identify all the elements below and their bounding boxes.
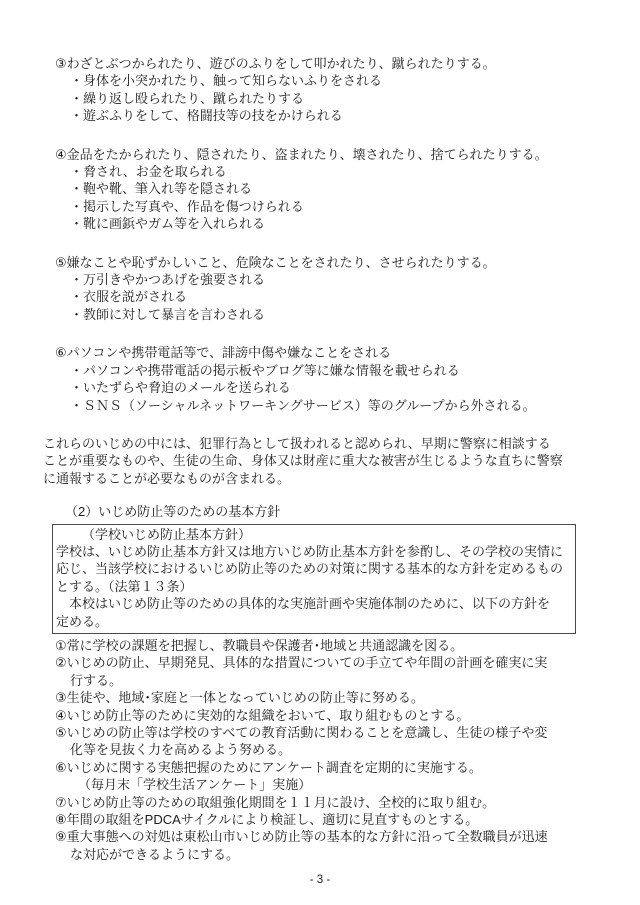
type-heading: ④金品をたかられたり、隠されたり、盗まれたり、壊されたり、捨てられたりする。 [55, 146, 640, 163]
policy-line: ⑨重大事態への対処は東松山市いじめ防止等の基本的な方針に沿って全数職員が迅速 [55, 828, 640, 845]
policy-line: ③生徒や、地域･家庭と一体となっていじめの防止等に努める。 [55, 689, 640, 706]
policy-line-continuation: 化等を見抜く力を高めるよう努める。 [70, 741, 640, 758]
bully-type-section: ④金品をたかられたり、隠されたり、盗まれたり、壊されたり、捨てられたりする。 ・… [0, 146, 640, 233]
bully-type-section: ③わざとぶつかられたり、遊びのふりをして叩かれたり、蹴られたりする。 ・身体を小… [0, 55, 640, 125]
policy-line-note: （毎月末「学校生活アンケート」実施） [78, 776, 640, 793]
policy-line: ⑤いじめの防止等は学校のすべての教育活動に関わることを意識し、生徒の様子や変 [55, 724, 640, 741]
paragraph-line: これらのいじめの中には、犯罪行為として扱われると認められ、早期に警察に相談する [43, 435, 640, 452]
type-heading: ⑤嫌なことや恥ずかしいこと、危険なことをされたり、させられたりする。 [55, 254, 640, 271]
policy-line: ②いじめの防止、早期発見、具体的な措置についての手立てや年間の計画を確実に実 [55, 654, 640, 671]
policy-quote-box: （学校いじめ防止基本方針） 学校は、いじめ防止基本方針又は地方いじめ防止基本方針… [52, 524, 576, 634]
page-number: - 3 - [0, 872, 640, 889]
box-line: 応じ、当該学校におけるいじめ防止等のための対策に関する基本的な方針を定めるもの [56, 560, 575, 577]
paragraph-line: ことが重要なものや、生徒の生命、身体又は財産に重大な被害が生じるような直ちに警察 [43, 452, 640, 469]
box-line: 学校は、いじめ防止基本方針又は地方いじめ防止基本方針を参酌し、その学校の実情に [56, 543, 575, 560]
policy-line-continuation: 行する。 [70, 672, 640, 689]
policy-line: ⑦いじめ防止等のための取組強化期間を１１月に設け、全校的に取り組む。 [55, 794, 640, 811]
bullet-line: ・繰り返し殴られたり、蹴られたりする [70, 90, 640, 107]
document-page: ③わざとぶつかられたり、遊びのふりをして叩かれたり、蹴られたりする。 ・身体を小… [0, 0, 640, 905]
bullet-line: ・身体を小突かれたり、触って知らないふりをされる [70, 72, 640, 89]
bullet-line: ・衣服を説がされる [70, 288, 640, 305]
policy-line: ⑧年間の取組をPDCAサイクルにより検証し、適切に見直すものとする。 [55, 811, 640, 828]
bullet-line: ・靴に画鋲やガム等を入れられる [70, 215, 640, 232]
type-heading: ③わざとぶつかられたり、遊びのふりをして叩かれたり、蹴られたりする。 [55, 55, 640, 72]
box-line: 本校はいじめ防止等のための具体的な実施計画や実施体制のために、以下の方針を [56, 595, 575, 612]
policy-line-continuation: な対応ができるようにする。 [70, 846, 640, 863]
policy-list: ①常に学校の課題を把握し、教職員や保護者･地域と共通認識を図る。 ②いじめの防止… [0, 637, 640, 863]
box-line: （学校いじめ防止基本方針） [56, 526, 575, 543]
box-line: とする。（法第１３条） [56, 578, 575, 595]
section-title: （2）いじめ防止等のための基本方針 [65, 503, 640, 520]
paragraph-line: に通報することが必要なものが含まれる。 [43, 470, 640, 487]
policy-line: ⑥いじめに関する実態把握のためにアンケート調査を定期的に実施する。 [55, 759, 640, 776]
bullet-line: ・パソコンや携帯電話の掲示板やブログ等に嫌な情報を載せられる [70, 362, 640, 379]
bullet-line: ・掲示した写真や、作品を傷つけられる [70, 198, 640, 215]
type-heading: ⑥パソコンや携帯電話等で、誹謗中傷や嫌なことをされる [55, 344, 640, 361]
policy-line: ④いじめ防止等のために実効的な組織をおいて、取り組むものとする。 [55, 707, 640, 724]
bullet-line: ・教師に対して暴言を言わされる [70, 306, 640, 323]
crime-warning-paragraph: これらのいじめの中には、犯罪行為として扱われると認められ、早期に警察に相談する … [0, 435, 640, 487]
box-line: 定める。 [56, 613, 575, 630]
bullet-line: ・万引きやかつあげを強要される [70, 271, 640, 288]
policy-line: ①常に学校の課題を把握し、教職員や保護者･地域と共通認識を図る。 [55, 637, 640, 654]
bullet-line: ・脅され、お金を取られる [70, 163, 640, 180]
bully-type-section: ⑥パソコンや携帯電話等で、誹謗中傷や嫌なことをされる ・パソコンや携帯電話の掲示… [0, 344, 640, 414]
bullet-line: ・いたずらや脅迫のメールを送られる [70, 379, 640, 396]
bully-type-section: ⑤嫌なことや恥ずかしいこと、危険なことをされたり、させられたりする。 ・万引きや… [0, 254, 640, 324]
bullet-line: ・ＳＮＳ（ソーシャルネットワーキングサービス）等のグループから外される。 [70, 397, 640, 414]
bullet-line: ・遊ぶふりをして、格闘技等の技をかけられる [70, 107, 640, 124]
bullet-line: ・鞄や靴、筆入れ等を隠される [70, 180, 640, 197]
